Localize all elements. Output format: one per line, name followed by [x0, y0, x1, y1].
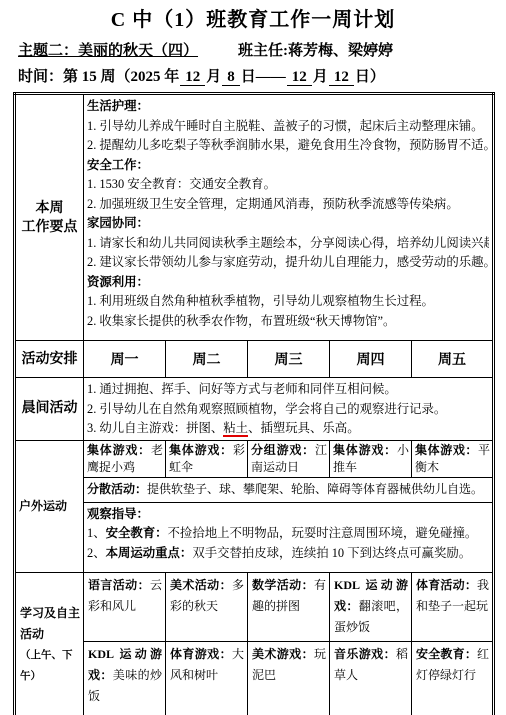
week-points-line: 1. 引导幼儿养成午睡时自主脱鞋、盖被子的习惯，起床后主动整理床铺。 — [87, 117, 489, 137]
game-type: 集体游戏： — [169, 443, 233, 457]
outdoor-game-fri: 集体游戏：平衡木 — [412, 440, 494, 477]
learning2-wed: 美术游戏：玩泥巴 — [248, 641, 330, 715]
scatter-text: 提供软垫子、球、攀爬架、轮胎、障碍等体育器械供幼儿自选。 — [147, 482, 483, 496]
activity-label: 体育活动： — [416, 578, 477, 592]
time-sep1: 月 — [206, 69, 221, 85]
learning1-wed: 数学活动：有趣的拼图 — [248, 572, 330, 641]
outdoor-scatter-content: 分散活动：提供软垫子、球、攀爬架、轮胎、障碍等体育器械供幼儿自选。 — [84, 477, 494, 502]
week-points-line: 资源利用： — [87, 273, 489, 293]
table-row-day-header: 活动安排 周一 周二 周三 周四 周五 — [15, 341, 494, 378]
schedule-row-label: 活动安排 — [15, 341, 84, 378]
learning-label-sub: （上午、下午） — [20, 645, 80, 687]
table-row-outdoor-games: 户外运动 集体游戏：老鹰捉小鸡 集体游戏：彩虹伞 分组游戏：江南运动日 集体游戏… — [15, 440, 494, 477]
time-prefix: 时间：第 15 周（2025 年 — [18, 69, 179, 85]
guidance-item1-text: 不捡拾地上不明物品，玩耍时注意周围环境，避免碰撞。 — [168, 526, 478, 540]
learning1-fri: 体育活动：我和垫子一起玩 — [412, 572, 494, 641]
time-month2: 12 — [287, 69, 312, 86]
guidance-item2: 2、本周运动重点：双手交替拍皮球，连续拍 10 下到达终点可赢奖励。 — [87, 544, 489, 564]
outdoor-game-tue: 集体游戏：彩虹伞 — [166, 440, 248, 477]
learning1-thu: KDL 运动游戏：翻滚吧，蛋炒饭 — [330, 572, 412, 641]
scatter-label: 分散活动： — [87, 482, 147, 496]
week-points-line: 2. 加强班级卫生安全管理，定期通风消毒，预防秋季流感等传染病。 — [87, 195, 489, 215]
scatter-line: 分散活动：提供软垫子、球、攀爬架、轮胎、障碍等体育器械供幼儿自选。 — [87, 479, 489, 499]
week-points-label-line2: 工作要点 — [18, 218, 81, 237]
week-points-line: 生活护理： — [87, 97, 489, 117]
learning2-thu: 音乐游戏：稻草人 — [330, 641, 412, 715]
morning-line3-post: 、插塑玩具、乐高。 — [248, 421, 360, 435]
week-points-line: 1. 请家长和幼儿共同阅读秋季主题绘本，分享阅读心得，培养幼儿阅读兴趣。 — [87, 234, 489, 254]
learning-label: 学习及自主活动 — [20, 603, 80, 645]
time-month1: 12 — [180, 69, 205, 86]
activity-label: 安全教育： — [416, 647, 477, 661]
outdoor-guidance-content: 观察指导： 1、安全教育：不捡拾地上不明物品，玩耍时注意周围环境，避免碰撞。 2… — [84, 502, 494, 572]
learning1-tue: 美术活动：多彩的秋天 — [166, 572, 248, 641]
activity-label: 美术活动： — [170, 578, 232, 592]
week-points-line: 家园协同： — [87, 214, 489, 234]
time-suffix: 日） — [355, 69, 385, 85]
week-points-line: 2. 收集家长提供的秋季农作物，布置班级“秋天博物馆”。 — [87, 312, 489, 332]
morning-line3-pre: 3. 幼儿自主游戏：拼图、 — [87, 421, 223, 435]
week-points-line: 1. 利用班级自然角种植秋季植物，引导幼儿观察植物生长过程。 — [87, 292, 489, 312]
day-header-fri: 周五 — [412, 341, 494, 378]
table-row-learning-1: 学习及自主活动 （上午、下午） 语言活动：云彩和风儿 美术活动：多彩的秋天 数学… — [15, 572, 494, 641]
activity-label: 体育游戏： — [170, 647, 232, 661]
morning-line3: 3. 幼儿自主游戏：拼图、粘土、插塑玩具、乐高。 — [87, 419, 489, 439]
guidance-item2-text: 双手交替拍皮球，连续拍 10 下到达终点可赢奖励。 — [192, 546, 471, 560]
page-title: C 中（1）班教育工作一周计划 — [0, 0, 506, 32]
week-points-line: 2. 提醒幼儿多吃梨子等秋季润肺水果，避免食用生冷食物，预防肠胃不适。 — [87, 136, 489, 156]
guidance-item2-num: 2、 — [87, 546, 106, 560]
theme-label: 主题二：美丽的秋天（四） — [18, 39, 198, 60]
teachers-label: 班主任:蒋芳梅、梁婷婷 — [238, 39, 393, 60]
week-points-label-line1: 本周 — [18, 199, 81, 218]
morning-line2: 2. 引导幼儿在自然角观察照顾植物，学会将自己的观察进行记录。 — [87, 400, 489, 420]
activity-label: 美术游戏： — [252, 647, 314, 661]
game-type: 分组游戏： — [251, 443, 315, 457]
morning-line1: 1. 通过拥抱、挥手、问好等方式与老师和同伴互相问候。 — [87, 380, 489, 400]
morning-row-label: 晨间活动 — [15, 378, 84, 441]
activity-label: 音乐游戏： — [334, 647, 396, 661]
learning1-mon: 语言活动：云彩和风儿 — [84, 572, 166, 641]
game-type: 集体游戏： — [87, 443, 151, 457]
day-header-mon: 周一 — [84, 341, 166, 378]
time-day1: 8 — [222, 69, 240, 86]
week-points-line: 2. 建议家长带领幼儿参与家庭劳动，提升幼儿自理能力，感受劳动的乐趣。 — [87, 253, 489, 273]
morning-content: 1. 通过拥抱、挥手、问好等方式与老师和同伴互相问候。 2. 引导幼儿在自然角观… — [84, 378, 494, 441]
week-points-content: 生活护理： 1. 引导幼儿养成午睡时自主脱鞋、盖被子的习惯，起床后主动整理床铺。… — [84, 94, 494, 341]
outdoor-game-mon: 集体游戏：老鹰捉小鸡 — [84, 440, 166, 477]
day-header-wed: 周三 — [248, 341, 330, 378]
week-points-line: 安全工作： — [87, 156, 489, 176]
time-day2: 12 — [329, 69, 354, 86]
spellcheck-marked-word: 粘土 — [223, 421, 248, 437]
table-row-learning-2: KDL 运动游戏：美味的炒饭 体育游戏：大风和树叶 美术游戏：玩泥巴 音乐游戏：… — [15, 641, 494, 715]
table-row-week-points: 本周 工作要点 生活护理： 1. 引导幼儿养成午睡时自主脱鞋、盖被子的习惯，起床… — [15, 94, 494, 341]
guidance-heading: 观察指导： — [87, 505, 489, 525]
day-header-tue: 周二 — [166, 341, 248, 378]
outdoor-row-label: 户外运动 — [15, 440, 84, 572]
weekly-plan-table: 本周 工作要点 生活护理： 1. 引导幼儿养成午睡时自主脱鞋、盖被子的习惯，起床… — [13, 92, 495, 715]
subtitle-row: 主题二：美丽的秋天（四） 班主任:蒋芳梅、梁婷婷 — [18, 39, 502, 60]
activity-label: 数学活动： — [252, 578, 314, 592]
activity-label: 语言活动： — [88, 578, 150, 592]
time-label: 时间：第 15 周（2025 年12月8日——12月12日） — [18, 65, 506, 86]
guidance-item1-num: 1、 — [87, 526, 106, 540]
table-row-morning: 晨间活动 1. 通过拥抱、挥手、问好等方式与老师和同伴互相问候。 2. 引导幼儿… — [15, 378, 494, 441]
week-points-line: 1. 1530 安全教育：交通安全教育。 — [87, 175, 489, 195]
guidance-item1-label: 安全教育： — [106, 526, 168, 540]
learning-row-label: 学习及自主活动 （上午、下午） — [15, 572, 84, 715]
table-row-outdoor-guidance: 观察指导： 1、安全教育：不捡拾地上不明物品，玩耍时注意周围环境，避免碰撞。 2… — [15, 502, 494, 572]
game-type: 集体游戏： — [415, 443, 478, 457]
learning2-tue: 体育游戏：大风和树叶 — [166, 641, 248, 715]
learning2-fri: 安全教育：红灯停绿灯行 — [412, 641, 494, 715]
outdoor-game-wed: 分组游戏：江南运动日 — [248, 440, 330, 477]
game-type: 集体游戏： — [333, 443, 397, 457]
time-sep3: 月 — [313, 69, 328, 85]
day-header-thu: 周四 — [330, 341, 412, 378]
time-sep2: 日—— — [241, 69, 286, 85]
guidance-item1: 1、安全教育：不捡拾地上不明物品，玩耍时注意周围环境，避免碰撞。 — [87, 524, 489, 544]
guidance-item2-label: 本周运动重点： — [106, 546, 193, 560]
learning2-mon: KDL 运动游戏：美味的炒饭 — [84, 641, 166, 715]
outdoor-game-thu: 集体游戏：小推车 — [330, 440, 412, 477]
table-row-outdoor-scatter: 分散活动：提供软垫子、球、攀爬架、轮胎、障碍等体育器械供幼儿自选。 — [15, 477, 494, 502]
week-points-row-label: 本周 工作要点 — [15, 94, 84, 341]
